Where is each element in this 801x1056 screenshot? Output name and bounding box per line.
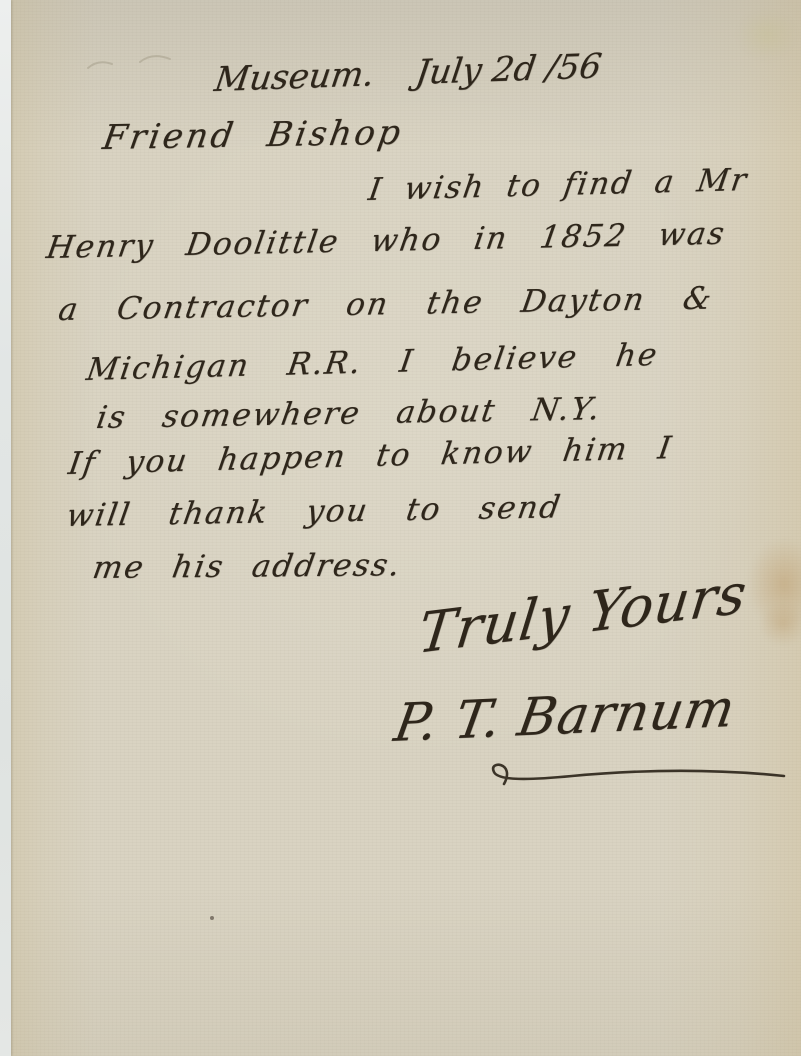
pencil-marks [84, 48, 184, 74]
heading-place: Museum. [212, 54, 377, 100]
heading-date: July 2d /56 [413, 46, 604, 93]
ink-speck [210, 916, 214, 920]
body-line-8: me his address. [90, 547, 404, 586]
salutation: Friend Bishop [100, 113, 406, 158]
letter-photo: Museum.July 2d /56 Friend Bishop I wish … [0, 0, 801, 1056]
scan-edge-strip [0, 0, 11, 1056]
signature-flourish [468, 750, 792, 798]
